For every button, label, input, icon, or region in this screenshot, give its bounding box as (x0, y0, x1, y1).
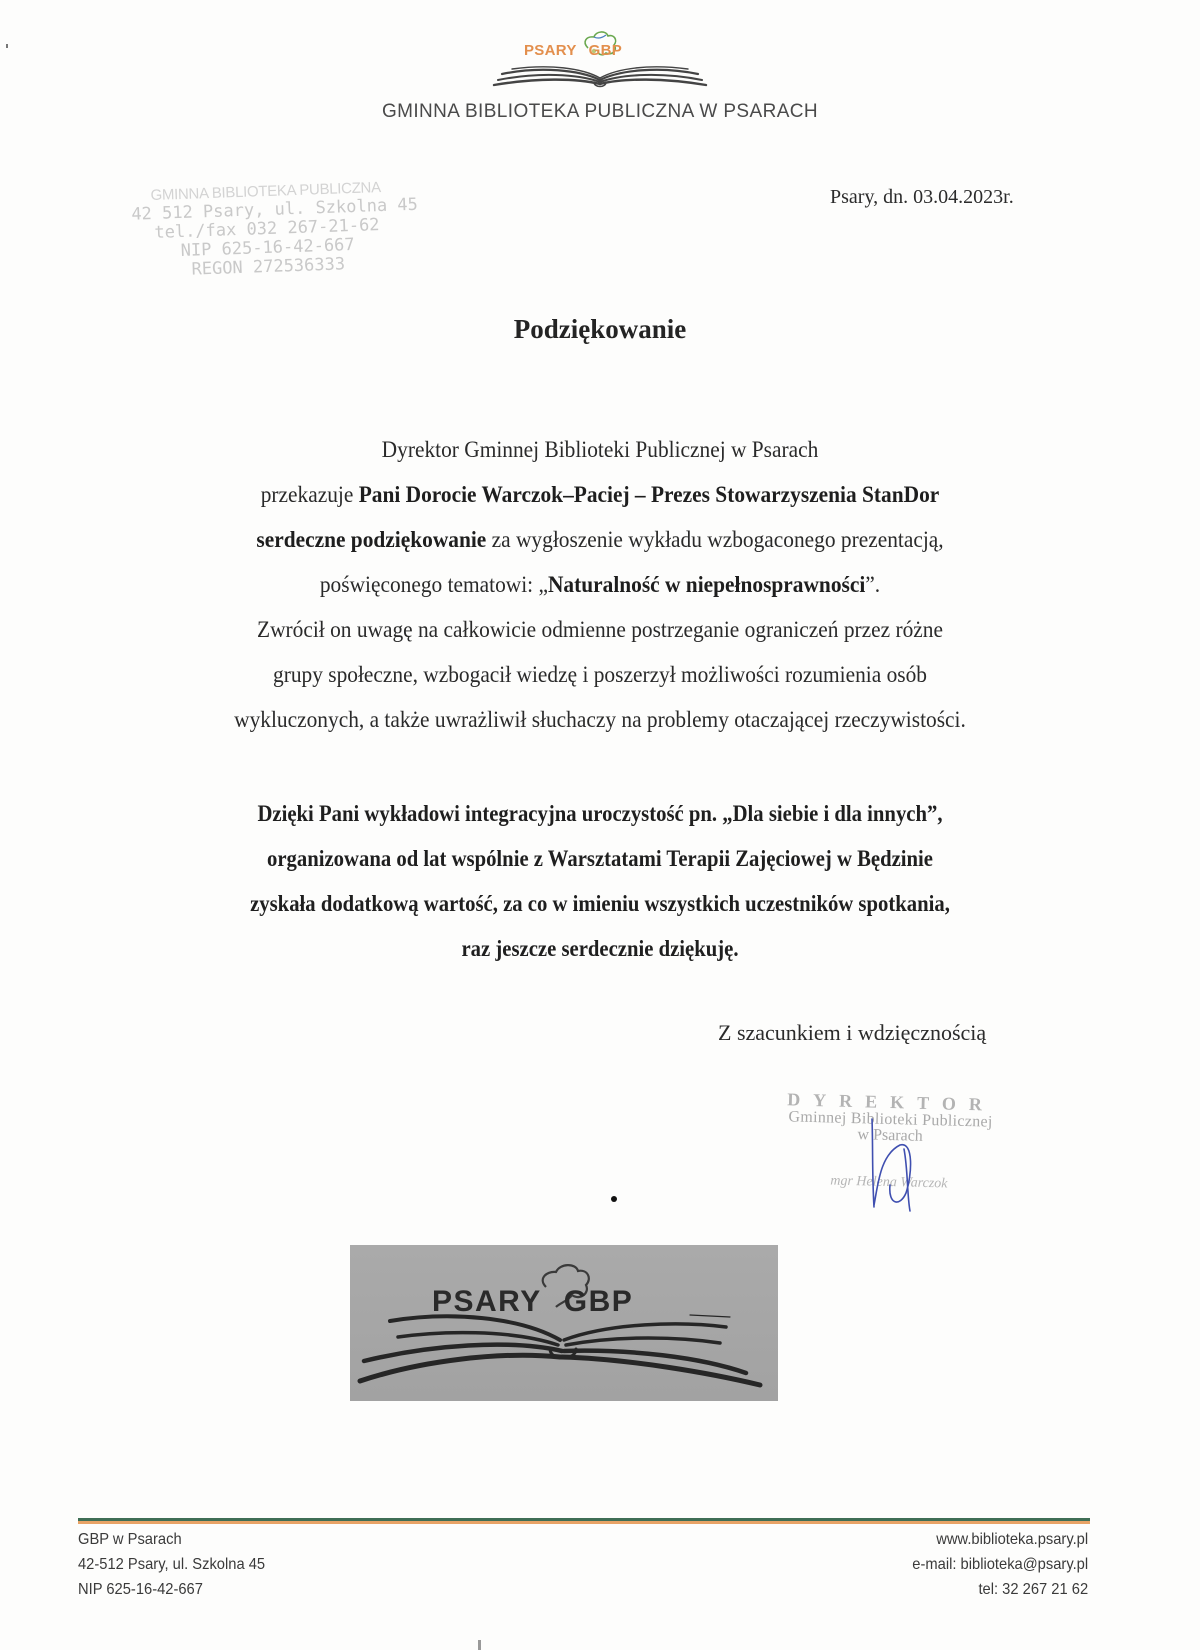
body-line: wykluczonych, a także uwrażliwił słuchac… (135, 697, 1065, 742)
body-text: przekazuje (261, 482, 359, 507)
footer-line: GBP w Psarach (78, 1527, 265, 1552)
letter-date: Psary, dn. 03.04.2023r. (830, 186, 1014, 209)
thanks-phrase: serdeczne podziękowanie (256, 527, 486, 552)
footer-line: 42-512 Psary, ul. Szkolna 45 (78, 1552, 265, 1577)
library-logo: PSARYGBP (490, 22, 710, 94)
logo-text-left: PSARY (432, 1285, 542, 1318)
body-text: za wygłoszenie wykładu wzbogaconego prez… (486, 527, 943, 552)
letter-body: Dyrektor Gminnej Biblioteki Publicznej w… (135, 427, 1065, 742)
footer-divider (78, 1518, 1090, 1524)
closing-line: organizowana od lat wspólnie z Warsztata… (141, 836, 1059, 881)
footer-phone: tel: 32 267 21 62 (912, 1577, 1088, 1602)
footer-contact: www.biblioteka.psary.pl e-mail: bibliote… (897, 1527, 1088, 1602)
body-line: Dyrektor Gminnej Biblioteki Publicznej w… (135, 427, 1065, 472)
scan-speck (6, 44, 8, 48)
body-text: poświęconego tematowi: „ (320, 572, 548, 597)
regards-line: Z szacunkiem i wdzięcznością (718, 1020, 986, 1046)
address-stamp: GMINNA BIBLIOTEKA PUBLICZNA 42 512 Psary… (130, 177, 403, 281)
book-tree-logo-icon (350, 1245, 778, 1401)
body-line: grupy społeczne, wzbogacił wiedzę i posz… (135, 652, 1065, 697)
footer-address: GBP w Psarach 42-512 Psary, ul. Szkolna … (78, 1527, 281, 1602)
lecture-topic: Naturalność w niepełnosprawności (548, 572, 865, 597)
logo-text-right: GBP (589, 42, 622, 59)
logo-text-right: GBP (564, 1285, 634, 1318)
body-text: ”. (865, 572, 880, 597)
logo-text: PSARYGBP (432, 1285, 633, 1319)
closing-line: zyskała dodatkową wartość, za co w imien… (141, 881, 1059, 926)
organization-title: GMINNA BIBLIOTEKA PUBLICZNA W PSARACH (0, 101, 1200, 123)
letter-heading: Podziękowanie (0, 314, 1200, 345)
footer-email-link[interactable]: e-mail: biblioteka@psary.pl (912, 1552, 1088, 1577)
footer-line: NIP 625-16-42-667 (78, 1577, 265, 1602)
closing-line: Dzięki Pani wykładowi integracyjna urocz… (141, 791, 1059, 836)
footer-website-link[interactable]: www.biblioteka.psary.pl (912, 1527, 1088, 1552)
body-line: serdeczne podziękowanie za wygłoszenie w… (135, 517, 1065, 562)
logo-text: PSARYGBP (524, 42, 622, 59)
logo-text-left: PSARY (524, 42, 577, 59)
body-line: poświęconego tematowi: „Naturalność w ni… (135, 562, 1065, 607)
body-line: przekazuje Pani Dorocie Warczok–Paciej –… (135, 472, 1065, 517)
closing-line: raz jeszcze serdecznie dziękuję. (141, 926, 1059, 971)
handwritten-signature-icon (860, 1115, 930, 1215)
closing-paragraph: Dzięki Pani wykładowi integracyjna urocz… (141, 791, 1059, 971)
library-logo-grayscale: PSARYGBP (350, 1245, 778, 1401)
ink-dot (611, 1196, 617, 1202)
body-line: Zwrócił on uwagę na całkowicie odmienne … (135, 607, 1065, 652)
recipient-name: Pani Dorocie Warczok–Paciej – Prezes Sto… (359, 482, 940, 507)
scan-speck (478, 1640, 481, 1650)
